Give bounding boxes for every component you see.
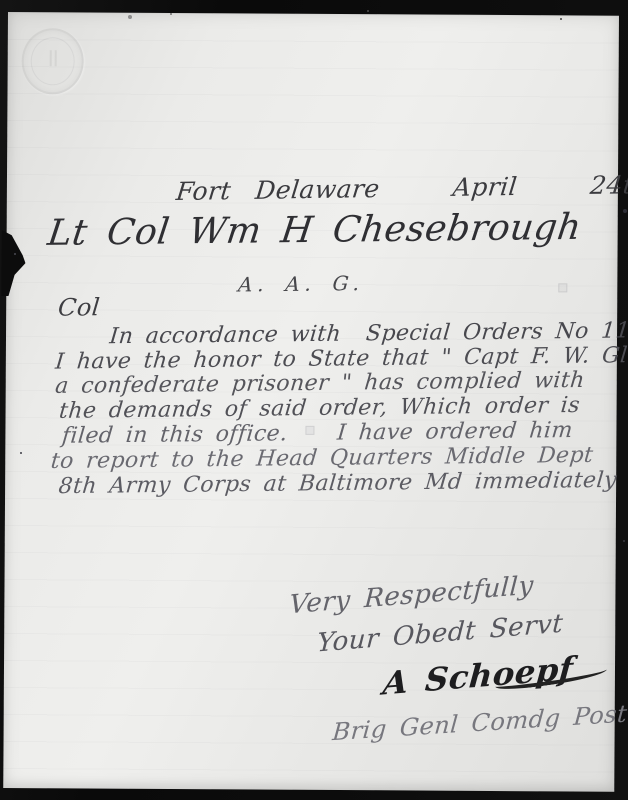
salutation: Col: [57, 293, 101, 321]
paper-tear-notch: [1, 230, 25, 296]
scan-artifact: [558, 283, 567, 292]
recipient-title: A. A. G.: [237, 271, 365, 296]
signature-title: Brig Genl Comdg Post: [331, 700, 628, 747]
recipient-name: Lt Col Wm H Chesebrough: [45, 207, 583, 254]
dust-specks: [0, 0, 2, 2]
signature: A Schoepf: [382, 649, 575, 702]
body-line-7: 8th Army Corps at Baltimore Md immediate…: [57, 468, 618, 499]
embossed-seal: [21, 28, 83, 94]
letter-page: Fort Delaware April 24th 1863. Lt Col Wm…: [3, 12, 619, 792]
closing-line-1: Very Respectfully: [288, 571, 534, 620]
closing-line-2: Your Obedt Servt: [316, 609, 564, 659]
scan-background: Fort Delaware April 24th 1863. Lt Col Wm…: [0, 0, 628, 800]
letter-dateline: Fort Delaware April 24th 1863.: [175, 169, 628, 206]
